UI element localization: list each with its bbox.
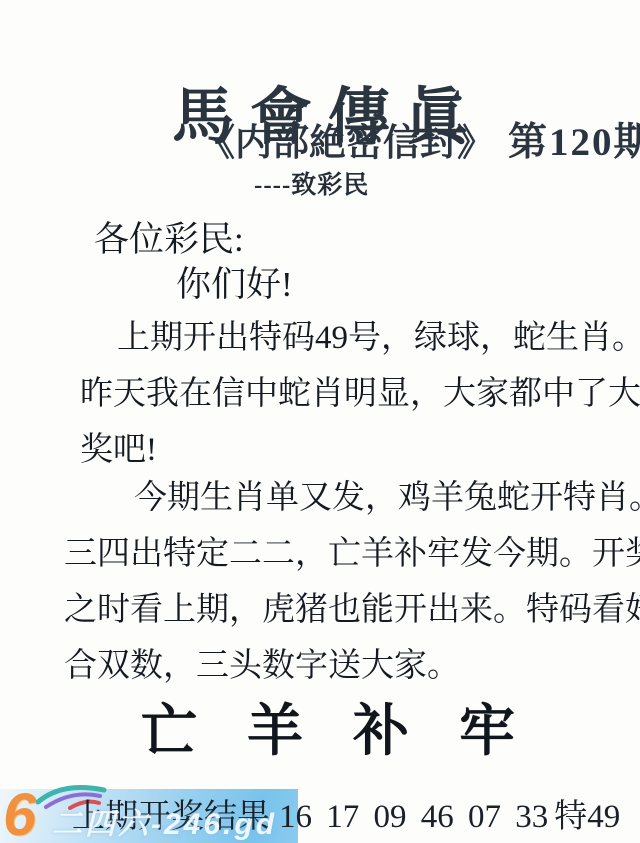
salutation: 各位彩民: <box>94 218 244 262</box>
body-line: 今期生肖单又发，鸡羊兔蛇开特肖。 <box>64 470 638 526</box>
subtitle-envelope: 《内部絶密信封》 <box>198 123 494 164</box>
paragraph-last-draw: 上期开出特码49号，绿球，蛇生肖。 昨天我在信中蛇肖明显，大家都中了大 奖吧! <box>80 310 636 478</box>
results-numbers: 16 17 09 46 07 33 <box>279 799 548 835</box>
body-line: 之时看上期，虎猪也能开出来。特码看好 <box>64 582 638 638</box>
subtitle-issue-number: 第120期 <box>508 121 640 164</box>
idiom-headline: 亡 羊 补 牢 <box>0 692 640 772</box>
body-line: 上期开出特码49号，绿球，蛇生肖。 <box>80 310 636 366</box>
results-special-number: 特49 <box>554 799 620 835</box>
site-watermark: 二四六-246.gd <box>52 799 277 843</box>
paragraph-this-draw: 今期生肖单又发，鸡羊兔蛇开特肖。 三四出特定二二，亡羊补牢发今期。开奖 之时看上… <box>64 470 638 694</box>
subtitle-line: 《内部絶密信封》 第120期 <box>198 120 640 174</box>
body-line: 三四出特定二二，亡羊补牢发今期。开奖 <box>64 526 638 582</box>
fax-document: 馬會傳眞 《内部絶密信封》 第120期 ----致彩民 各位彩民: 你们好! 上… <box>0 0 640 843</box>
brand-6-logo-icon: 6 <box>3 786 36 843</box>
body-line: 昨天我在信中蛇肖明显，大家都中了大 <box>80 366 636 422</box>
greeting: 你们好! <box>176 263 293 307</box>
body-line: 合双数，三头数字送大家。 <box>64 638 638 694</box>
dedication-line: ----致彩民 <box>254 170 369 202</box>
